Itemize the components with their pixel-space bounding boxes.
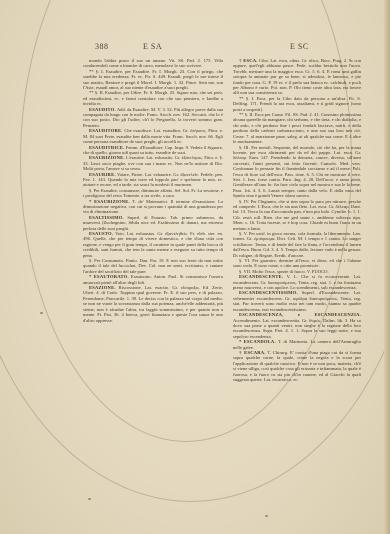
entry-headword: ESCANDESCENZA, e ESCANDESCENZIA. — [239, 312, 361, 317]
entry-headword: ESAURIRE. — [89, 172, 116, 177]
entry-headword: * ESCANDOLA. — [239, 339, 276, 344]
entry-headword: ESCANDESCENTE. — [239, 274, 283, 279]
entry-headword: * ESAUTORATO. — [89, 274, 129, 279]
entry: §. V. Per usisl. in gioco norma, cola fo… — [233, 231, 361, 258]
book-page: 388 E SA E SC mondo l'abbia posto il suo… — [0, 0, 390, 534]
entry: ESAZIONE. Riscossione. Lat. exactio. Gr.… — [83, 285, 223, 323]
entry: ** §. II. Esca per Cause. Fil. SS. Pad. … — [233, 112, 361, 144]
page-edge — [384, 0, 390, 534]
entry-text: §. V. Per usisl. in gioco norma, cola fo… — [233, 231, 361, 258]
entry-text: ** §. I. Esca, per la Cibo dato da perso… — [233, 96, 361, 112]
entry-headword: † ESCA. — [239, 58, 258, 63]
entry: ESAUDITORE. Che esaudisce. Lat. exaudito… — [83, 128, 223, 144]
page-number: 388 — [95, 42, 109, 51]
entry-text: mondo l'abbia posto il suo un umano. Vit… — [83, 58, 223, 68]
entry-text: ** §. I. Esaudire, per Esaudire. Fr. I. … — [83, 69, 223, 90]
entry-text: §. Per Esaudire, consumare, diminuire af… — [83, 188, 223, 198]
entry: ESAUSTO. Voto. Lat. exhaustus. Gr. ἐξαντ… — [83, 231, 223, 258]
entry-headword: ESCANDESCENTISSIMO. — [239, 290, 298, 295]
entry-text: ** §. II. Esaudire, per Udire. Fr. S. Mo… — [83, 90, 223, 106]
entry: ESALTISSIMO. Superl. di Esausto. Tab. pr… — [83, 215, 223, 231]
entry: ESAUDITRICE. Femm. d'Esauditore. Cap. Im… — [83, 145, 223, 156]
entry: ESAUDITO. Add. da Esaudire. M. V. 3. 52.… — [83, 107, 223, 129]
left-column: mondo l'abbia posto il suo un umano. Vit… — [83, 58, 223, 428]
entry-headword: ESAUSTO. — [89, 231, 113, 236]
entry: §. Per Consumato, Finito. Dan. Par. 19. … — [83, 258, 223, 274]
entry-headword: ESAZIONE. — [89, 285, 116, 290]
entry-text: §. IV. Per l'Ingiunto, che si tien sopra… — [233, 199, 361, 231]
entry-headword: ESALTISSIMO. — [89, 215, 124, 220]
entry: † ESCARA. T. Chirurg. E' crosta d'una pi… — [233, 350, 361, 382]
entry: ESCANDESCENTISSIMO. Superl. d'Escandesce… — [233, 290, 361, 312]
entry-headword: ESAUDITORE. — [89, 128, 123, 133]
entry-headword: ESAURIZIONE. — [89, 155, 125, 160]
entry: * ESAUTORATO. Esautorato. Anton. Paol. S… — [83, 274, 223, 285]
entry: mondo l'abbia posto il suo un umano. Vit… — [83, 58, 223, 69]
entry-text: Cibo. Lat. esca, cibus. Gr. σῖτος. Bocc.… — [233, 58, 361, 95]
entry-headword: ESAUDITRICE. — [89, 145, 124, 150]
entry-text: §. III. Per metafi. Sequente, del mortal… — [233, 145, 361, 199]
entry-headword: † ESCARA. — [239, 350, 266, 355]
entry-text: ** §. II. Esca per Cause. Fil. SS. Pad. … — [233, 112, 361, 144]
entry: ESAURIRE. Votare, Finire. Lat. exhaurire… — [83, 172, 223, 188]
page-stain — [265, 515, 268, 517]
entry-text: §. VII. Molto l'esca, spezie di fuoco. V… — [239, 269, 329, 274]
entry-headword: * ESAURIZIONE. — [89, 199, 130, 204]
page-stain — [88, 498, 91, 500]
entry-text: Accendimento. Lat. excandescentia. Gr. θ… — [233, 318, 361, 339]
entry: §. Per Esaudire, consumare, diminuire af… — [83, 188, 223, 199]
entry: ** §. II. Esaudire, per Udire. Fr. S. Mo… — [83, 90, 223, 106]
entry-text: T. Chirurg. E' crosta d'una piaga cui da… — [233, 350, 361, 382]
entry: * ESAURIZIONE. T. de' Matematici. Il ter… — [83, 199, 223, 215]
entry-headword: ESAUDITO. — [89, 107, 116, 112]
entry-text: §. VI. Per guarnire, dormire all'esca, v… — [233, 258, 361, 268]
page-stain — [40, 312, 43, 314]
right-column: † ESCA. Cibo. Lat. esca, cibus. Gr. σῖτο… — [233, 58, 361, 428]
entry: ESCANDESCENZA, e ESCANDESCENZIA. Accendi… — [233, 312, 361, 339]
entry: §. VI. Per guarnire, dormire all'esca, v… — [233, 258, 361, 269]
entry: §. III. Per metafi. Sequente, del mortal… — [233, 145, 361, 199]
entry-text: §. Per Consumato, Finito. Dan. Par. 19. … — [83, 258, 223, 274]
entry-text: Riscossione. Lat. exactio. Gr. εἴσπραξις… — [83, 285, 223, 322]
entry: ESCANDESCENTE. V. L. Che si fa eccancese… — [233, 274, 361, 290]
entry: §. IV. Per l'Ingiunto, che si tien sopra… — [233, 199, 361, 231]
entry: ** §. I. Esaudire, per Esaudire. Fr. I. … — [83, 69, 223, 91]
entry: ESAURIZIONE. L'esaurire. Lat. exhaustio.… — [83, 155, 223, 171]
entry: ** §. I. Esca, per la Cibo dato da perso… — [233, 96, 361, 112]
entry: † ESCA. Cibo. Lat. esca, cibus. Gr. σῖτο… — [233, 58, 361, 96]
right-running-head: E SC — [290, 42, 309, 51]
left-running-head: E SA — [143, 42, 162, 51]
entry: * ESCANDOLA. T. di Marineria. La camera … — [233, 339, 361, 350]
